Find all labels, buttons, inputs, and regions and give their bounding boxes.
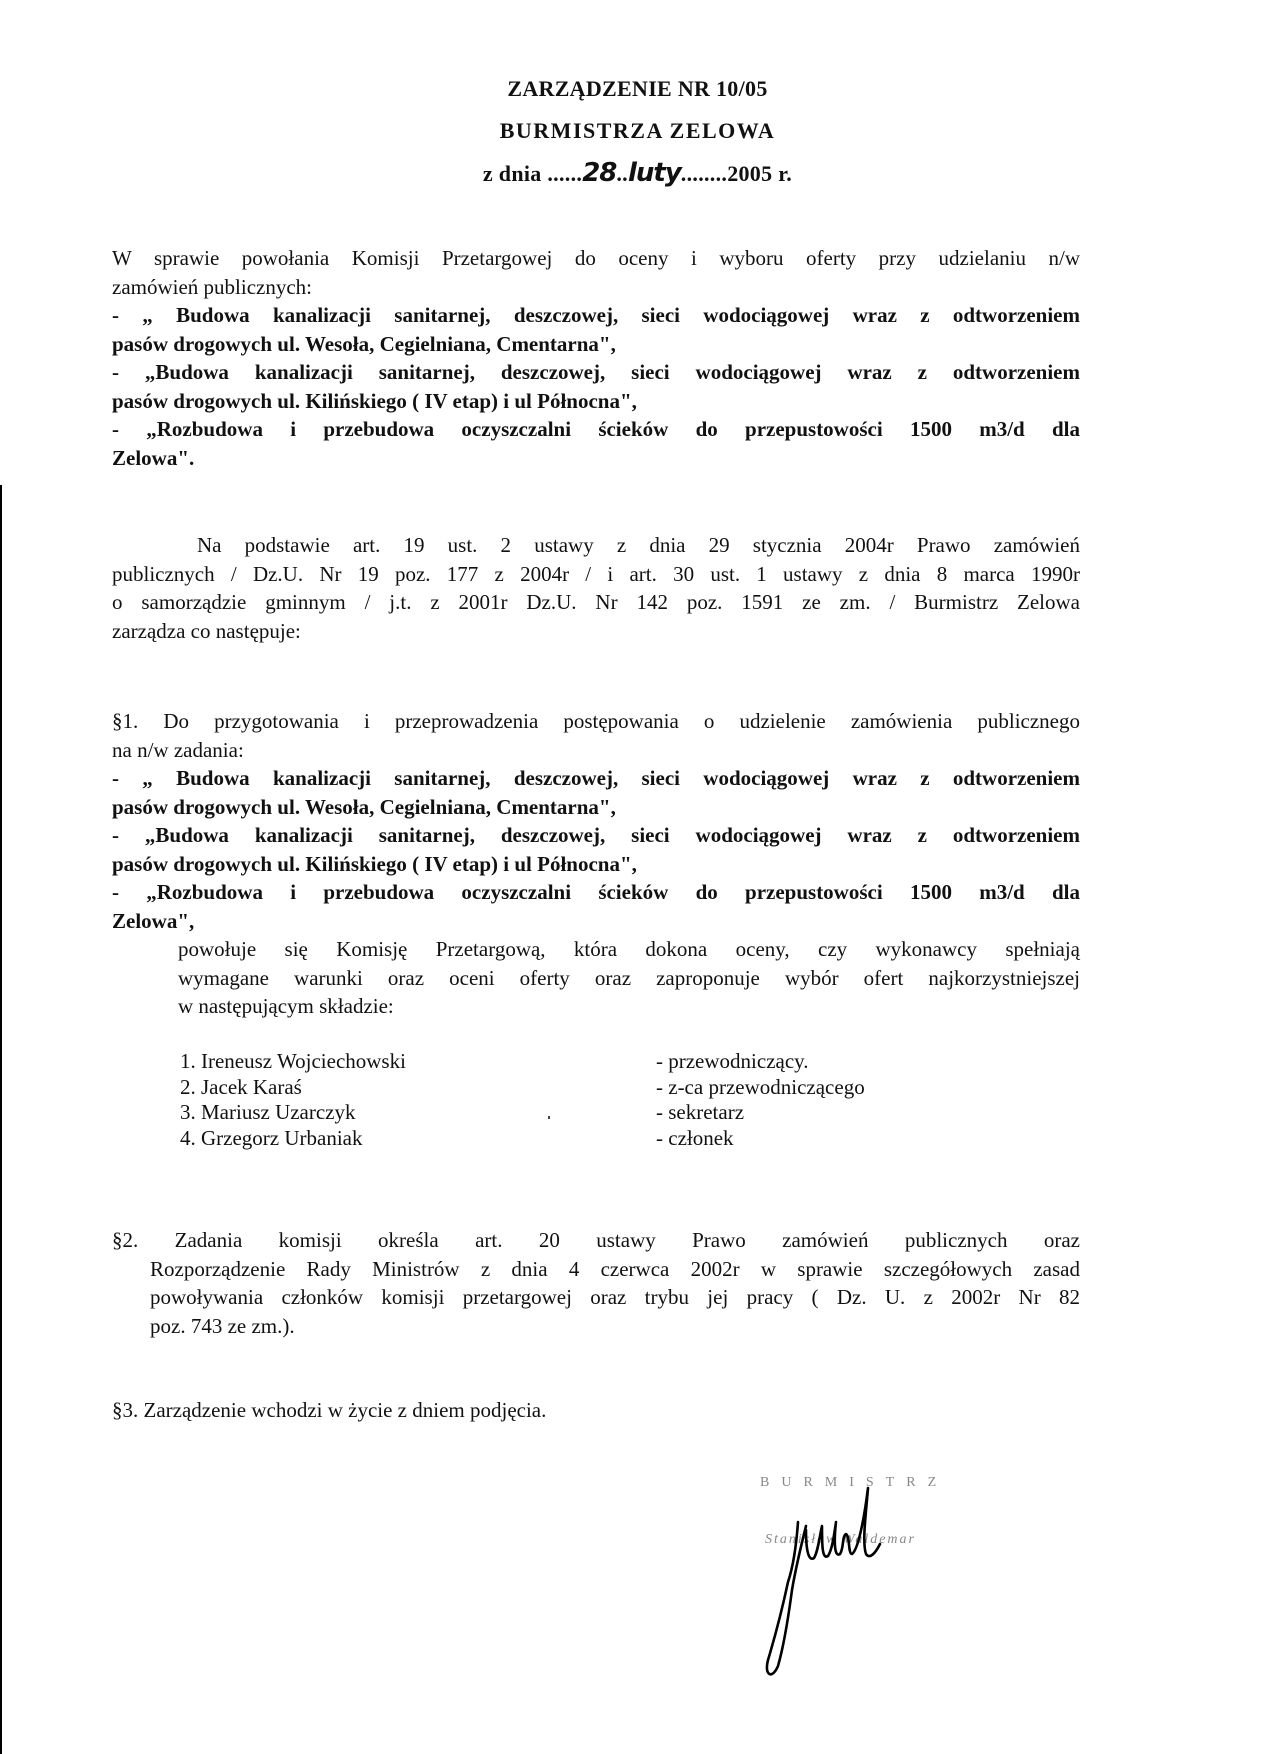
subject-item: Zelowa".	[112, 444, 1080, 473]
section-1-text: §1. Do przygotowania i przeprowadzenia p…	[112, 707, 1080, 736]
section-1-text: na n/w zadania:	[112, 736, 1080, 765]
section-1-item: pasów drogowych ul. Kilińskiego ( IV eta…	[112, 850, 1080, 879]
member-name: 2. Jacek Karaś	[180, 1075, 656, 1101]
date-dots: ......	[547, 161, 582, 186]
section-1-appointment: w następującym składzie:	[112, 992, 1080, 1021]
document-date: z dnia ......28..luty........2005 r.	[0, 158, 1275, 188]
subject-item: - „Rozbudowa i przebudowa oczyszczalni ś…	[112, 415, 1080, 444]
document-issuer: BURMISTRZA ZELOWA	[0, 118, 1275, 144]
document-page: ZARZĄDZENIE NR 10/05 BURMISTRZA ZELOWA z…	[0, 0, 1275, 1754]
section-1: §1. Do przygotowania i przeprowadzenia p…	[112, 707, 1080, 1021]
section-1-appointment: powołuje się Komisję Przetargową, która …	[112, 935, 1080, 964]
section-1-item: - „ Budowa kanalizacji sanitarnej, deszc…	[112, 764, 1080, 793]
member-role: - sekretarz	[656, 1100, 940, 1126]
section-3-text: §3. Zarządzenie wchodzi w życie z dniem …	[112, 1396, 1080, 1425]
section-1-item: - „Rozbudowa i przebudowa oczyszczalni ś…	[112, 878, 1080, 907]
subject-item: pasów drogowych ul. Wesoła, Cegielniana,…	[112, 330, 1080, 359]
section-2-text: Rozporządzenie Rady Ministrów z dnia 4 c…	[112, 1255, 1080, 1284]
member-name: 1. Ireneusz Wojciechowski	[180, 1049, 656, 1075]
legal-basis-text: publicznych / Dz.U. Nr 19 poz. 177 z 200…	[112, 560, 1080, 589]
subject-intro: zamówień publicznych:	[112, 273, 1080, 302]
member-role: - przewodniczący.	[656, 1049, 940, 1075]
member-row: 1. Ireneusz Wojciechowski - przewodniczą…	[180, 1049, 940, 1075]
section-1-item: Zelowa",	[112, 907, 1080, 936]
date-year: 2005 r.	[727, 161, 792, 186]
member-role: - z-ca przewodniczącego	[656, 1075, 940, 1101]
date-dots: ..	[616, 161, 628, 186]
member-row: 4. Grzegorz Urbaniak - członek	[180, 1126, 940, 1152]
commission-members: 1. Ireneusz Wojciechowski - przewodniczą…	[180, 1049, 940, 1151]
handwritten-signature-icon	[730, 1470, 1010, 1690]
member-name: 3. Mariusz Uzarczyk	[180, 1100, 656, 1126]
section-3: §3. Zarządzenie wchodzi w życie z dniem …	[112, 1396, 1080, 1425]
document-title: ZARZĄDZENIE NR 10/05	[0, 76, 1275, 102]
date-dots: ........	[681, 161, 727, 186]
section-1-appointment: wymagane warunki oraz oceni oferty oraz …	[112, 964, 1080, 993]
legal-basis-text: Na podstawie art. 19 ust. 2 ustawy z dni…	[112, 531, 1080, 560]
member-name: 4. Grzegorz Urbaniak	[180, 1126, 656, 1152]
section-2-text: poz. 743 ze zm.).	[112, 1312, 1080, 1341]
section-1-item: pasów drogowych ul. Wesoła, Cegielniana,…	[112, 793, 1080, 822]
member-row: 3. Mariusz Uzarczyk - sekretarz	[180, 1100, 940, 1126]
signature-area: BURMISTRZ Stanisław Waldemar	[730, 1470, 1010, 1690]
subject-intro: W sprawie powołania Komisji Przetargowej…	[112, 244, 1080, 273]
scan-speck	[548, 1116, 550, 1119]
member-role: - członek	[656, 1126, 940, 1152]
legal-basis-text: o samorządzie gminnym / j.t. z 2001r Dz.…	[112, 588, 1080, 617]
date-prefix: z dnia	[483, 161, 547, 186]
subject-item: - „ Budowa kanalizacji sanitarnej, deszc…	[112, 301, 1080, 330]
member-row: 2. Jacek Karaś - z-ca przewodniczącego	[180, 1075, 940, 1101]
section-1-item: - „Budowa kanalizacji sanitarnej, deszcz…	[112, 821, 1080, 850]
legal-basis: Na podstawie art. 19 ust. 2 ustawy z dni…	[112, 531, 1080, 645]
subject-item: pasów drogowych ul. Kilińskiego ( IV eta…	[112, 387, 1080, 416]
subject-item: - „Budowa kanalizacji sanitarnej, deszcz…	[112, 358, 1080, 387]
date-month-handwritten: luty	[628, 158, 681, 188]
section-2-text: §2. Zadania komisji określa art. 20 usta…	[112, 1226, 1080, 1255]
legal-basis-text: zarządza co następuje:	[112, 617, 1080, 646]
section-2-text: powoływania członków komisji przetargowe…	[112, 1283, 1080, 1312]
subject-section: W sprawie powołania Komisji Przetargowej…	[112, 244, 1080, 472]
date-day-handwritten: 28	[582, 158, 616, 188]
section-2: §2. Zadania komisji określa art. 20 usta…	[112, 1226, 1080, 1340]
